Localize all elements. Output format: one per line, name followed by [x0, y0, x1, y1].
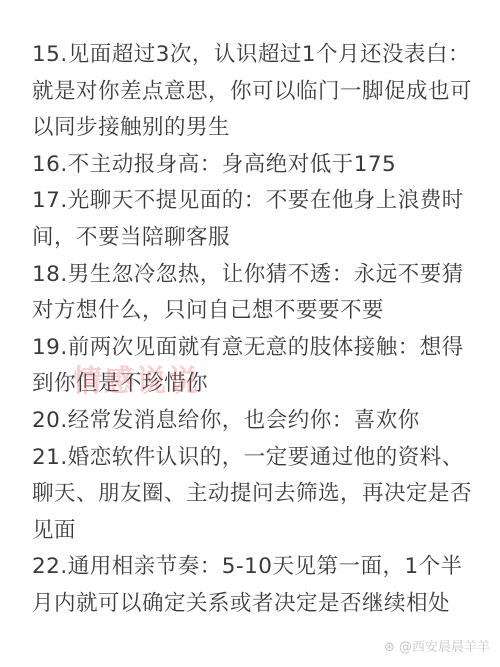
- tip-15: 15.见面超过3次，认识超过1个月还没表白：就是对你差点意思，你可以临门一脚促成…: [32, 37, 472, 147]
- tip-21: 21.婚恋软件认识的，一定要通过他的资料、聊天、朋友圈、主动提问去筛选，再决定是…: [32, 440, 472, 550]
- tip-22: 22.通用相亲节奏：5-10天见第一面，1个半月内就可以确定关系或者决定是否继续…: [32, 549, 472, 622]
- tip-18: 18.男生忽冷忽热，让你猜不透：永远不要猜对方想什么，只问自己想不要要不要: [32, 257, 472, 330]
- corner-watermark: ⊛ @西安晨晨羊羊: [384, 636, 490, 655]
- tips-list: 15.见面超过3次，认识超过1个月还没表白：就是对你差点意思，你可以临门一脚促成…: [32, 37, 472, 623]
- tip-19: 19.前两次见面就有意无意的肢体接触：想得到你但是不珍惜你: [32, 330, 472, 403]
- tip-20: 20.经常发消息给你，也会约你：喜欢你: [32, 403, 472, 440]
- tip-16: 16.不主动报身高：身高绝对低于175: [32, 147, 472, 184]
- tip-17: 17.光聊天不提见面的：不要在他身上浪费时间，不要当陪聊客服: [32, 183, 472, 256]
